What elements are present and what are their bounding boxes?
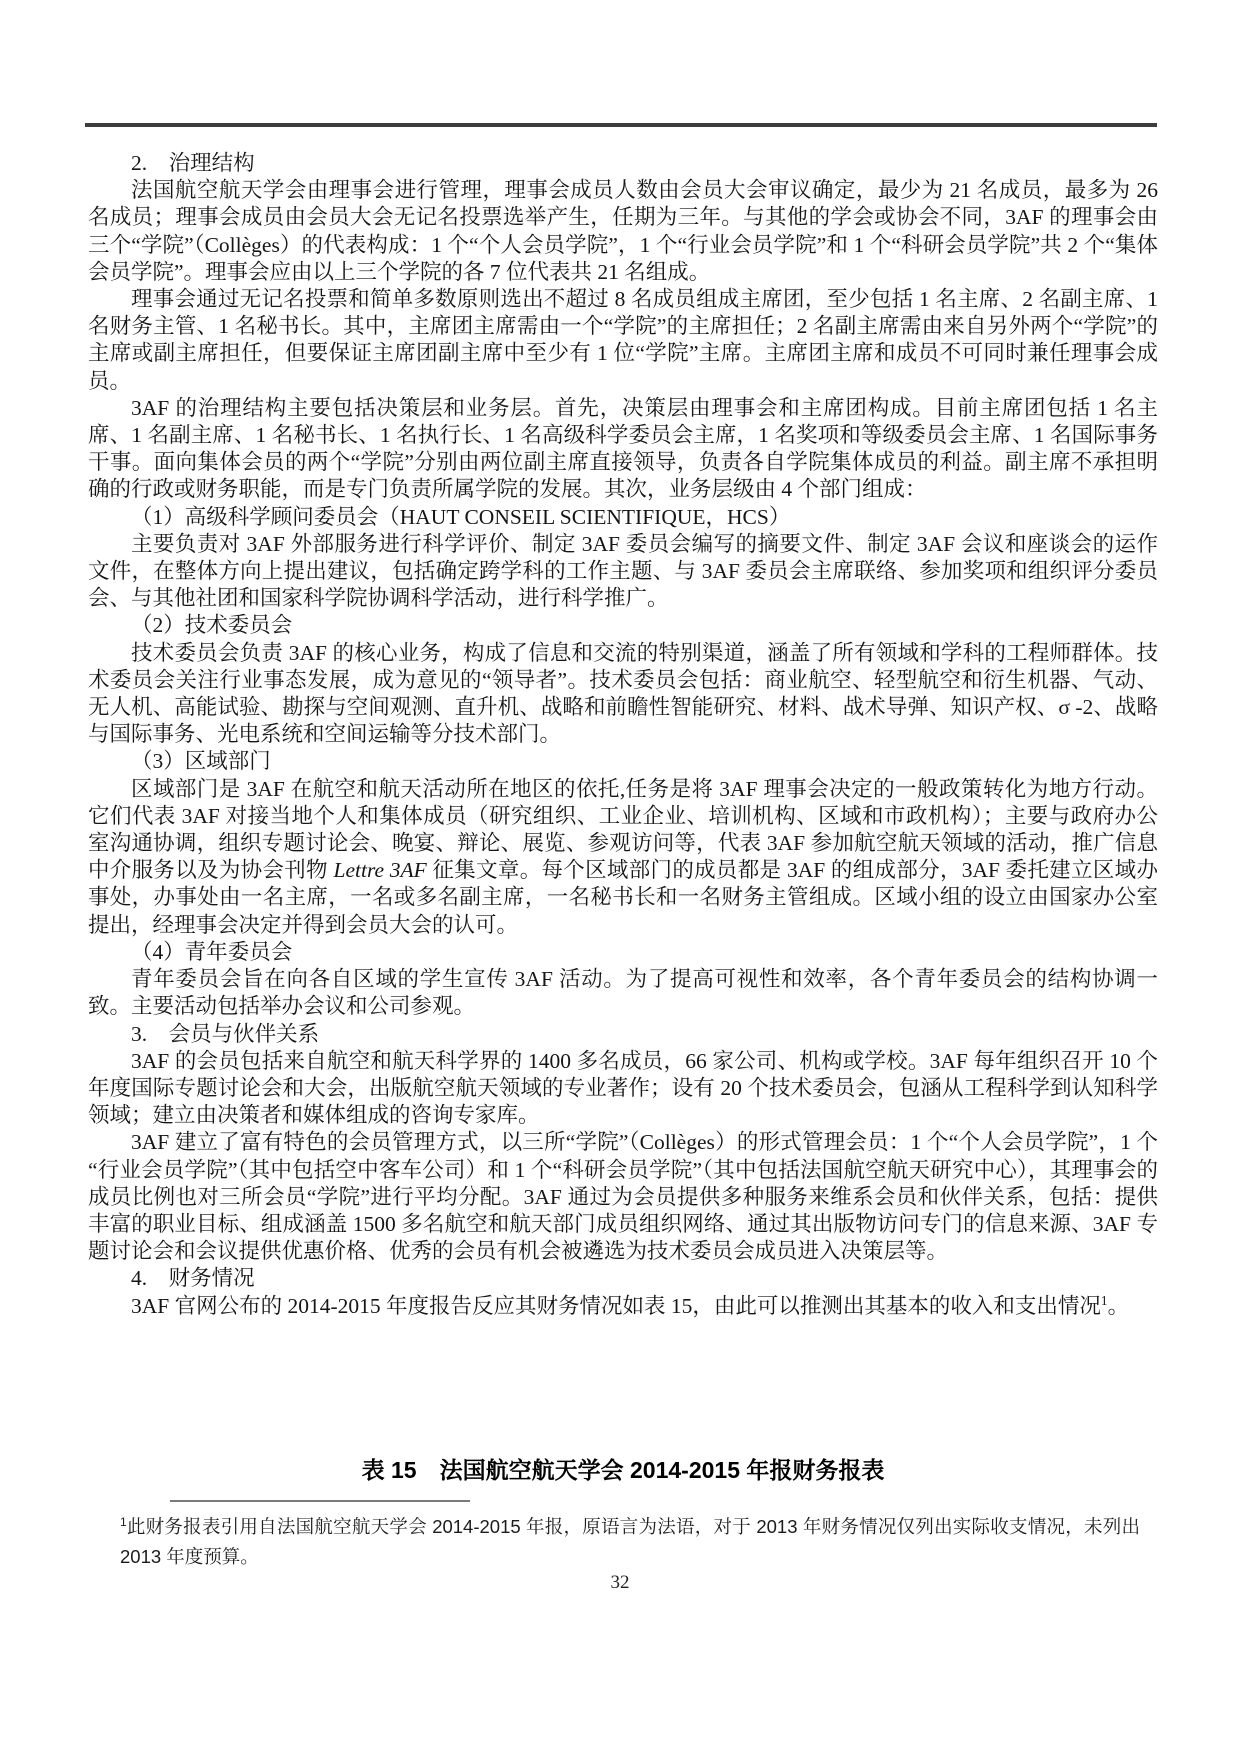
item-heading-technical-committee: （2）技术委员会: [88, 612, 1158, 639]
paragraph-text: 3AF 官网公布的 2014-2015 年度报告反应其财务情况如表 15，由此可…: [131, 1294, 1101, 1318]
paragraph: 理事会通过无记名投票和简单多数原则选出不超过 8 名成员组成主席团，至少包括 1…: [88, 286, 1158, 395]
item-heading-youth-committee: （4）青年委员会: [88, 939, 1158, 966]
paragraph: 3AF 建立了富有特色的会员管理方式，以三所“学院”（Collèges）的形式管…: [88, 1129, 1158, 1265]
paragraph-text: 。: [1108, 1294, 1130, 1318]
footnote-marker: 1: [120, 1515, 127, 1529]
item-heading-regional-department: （3）区域部门: [88, 748, 1158, 775]
section-heading-membership: 3. 会员与伙伴关系: [88, 1021, 1158, 1048]
paragraph: 3AF 的会员包括来自航空和航天科学界的 1400 多名成员，66 家公司、机构…: [88, 1048, 1158, 1130]
header-rule: [85, 123, 1157, 127]
item-heading-hcs: （1）高级科学顾问委员会（HAUT CONSEIL SCIENTIFIQUE，H…: [88, 504, 1158, 531]
table-caption: 表 15 法国航空航天学会 2014-2015 年报财务报表: [88, 1452, 1158, 1485]
paragraph: 主要负责对 3AF 外部服务进行科学评价、制定 3AF 委员会编写的摘要文件、制…: [88, 531, 1158, 613]
section-heading-governance: 2. 治理结构: [88, 150, 1158, 177]
page-number: 32: [0, 1572, 1240, 1594]
paragraph: 3AF 官网公布的 2014-2015 年度报告反应其财务情况如表 15，由此可…: [88, 1293, 1158, 1320]
document-body: 2. 治理结构 法国航空航天学会由理事会进行管理，理事会成员人数由会员大会审议确…: [88, 150, 1158, 1320]
paragraph: 法国航空航天学会由理事会进行管理，理事会成员人数由会员大会审议确定，最少为 21…: [88, 177, 1158, 286]
document-page: 2. 治理结构 法国航空航天学会由理事会进行管理，理事会成员人数由会员大会审议确…: [0, 0, 1240, 1753]
section-heading-finance: 4. 财务情况: [88, 1265, 1158, 1292]
footnote-separator: [170, 1500, 470, 1502]
paragraph: 3AF 的治理结构主要包括决策层和业务层。首先，决策层由理事会和主席团构成。目前…: [88, 395, 1158, 504]
journal-title-italic: Lettre 3AF: [334, 858, 427, 882]
footnote-reference: 1: [1101, 1292, 1108, 1307]
footnote-text: 此财务报表引用自法国航空航天学会 2014-2015 年报，原语言为法语，对于 …: [120, 1516, 1140, 1567]
paragraph: 区域部门是 3AF 在航空和航天活动所在地区的依托,任务是将 3AF 理事会决定…: [88, 776, 1158, 939]
paragraph: 技术委员会负责 3AF 的核心业务，构成了信息和交流的特别渠道，涵盖了所有领域和…: [88, 640, 1158, 749]
paragraph: 青年委员会旨在向各自区域的学生宣传 3AF 活动。为了提高可视性和效率，各个青年…: [88, 966, 1158, 1020]
footnote: 1此财务报表引用自法国航空航天学会 2014-2015 年报，原语言为法语，对于…: [120, 1512, 1140, 1572]
